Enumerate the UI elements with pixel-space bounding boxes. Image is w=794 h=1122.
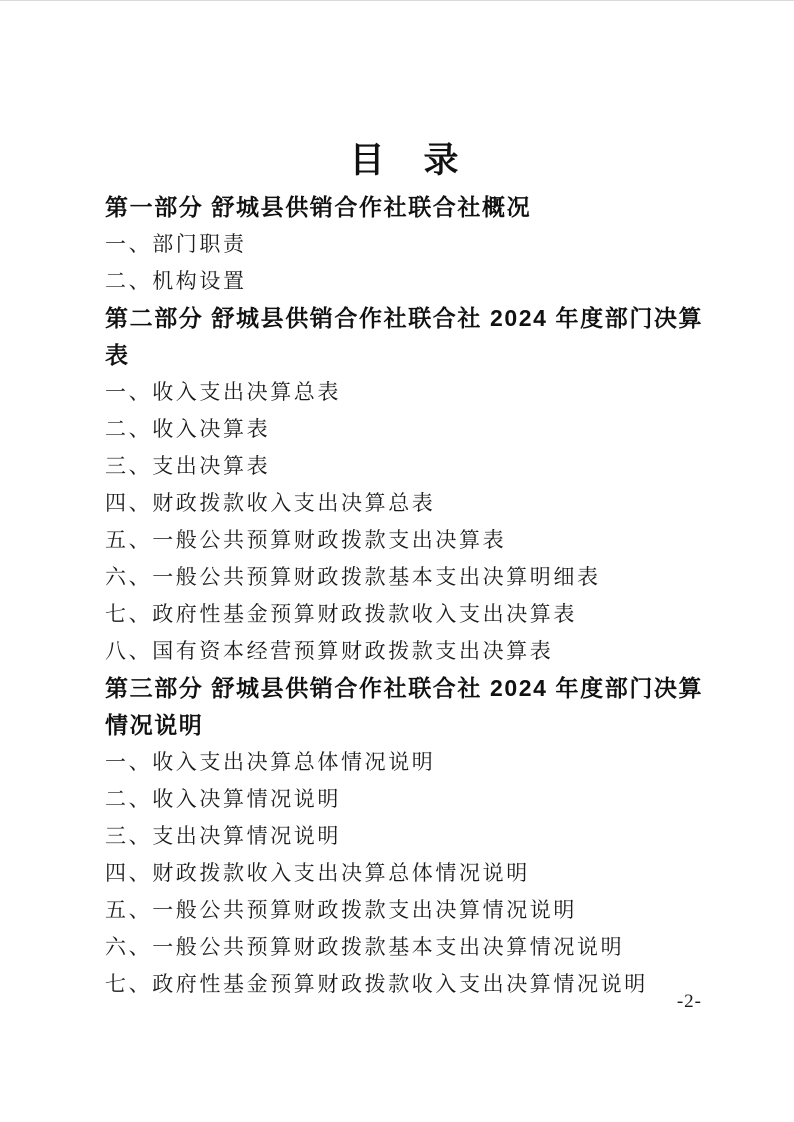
document-page: 目 录 第一部分 舒城县供销合作社联合社概况 一、部门职责 二、机构设置 第二部… — [0, 0, 794, 1122]
toc-entry: 六、一般公共预算财政拨款基本支出决算明细表 — [105, 559, 705, 596]
toc-entry: 二、收入决算情况说明 — [105, 781, 705, 818]
toc-entry: 五、一般公共预算财政拨款支出决算表 — [105, 522, 705, 559]
toc-entry: 一、收入支出决算总表 — [105, 374, 705, 411]
toc-entry: 四、财政拨款收入支出决算总体情况说明 — [105, 855, 705, 892]
toc-entry: 一、收入支出决算总体情况说明 — [105, 744, 705, 781]
section-2-heading: 第二部分 舒城县供销合作社联合社 2024 年度部门决算 — [105, 300, 705, 337]
toc-entry: 二、收入决算表 — [105, 411, 705, 448]
toc-entry: 五、一般公共预算财政拨款支出决算情况说明 — [105, 892, 705, 929]
toc-entry: 七、政府性基金预算财政拨款收入支出决算情况说明 — [105, 966, 705, 1003]
toc-entry: 二、机构设置 — [105, 263, 705, 300]
table-of-contents: 目 录 第一部分 舒城县供销合作社联合社概况 一、部门职责 二、机构设置 第二部… — [105, 135, 705, 1003]
toc-title: 目 录 — [105, 135, 705, 187]
toc-entry: 四、财政拨款收入支出决算总表 — [105, 485, 705, 522]
section-1-heading: 第一部分 舒城县供销合作社联合社概况 — [105, 189, 705, 226]
page-number: -2- — [677, 991, 702, 1013]
section-2-heading-continuation: 表 — [105, 337, 705, 374]
toc-entry: 三、支出决算情况说明 — [105, 818, 705, 855]
section-3-heading-continuation: 情况说明 — [105, 707, 705, 744]
toc-entry: 七、政府性基金预算财政拨款收入支出决算表 — [105, 596, 705, 633]
toc-entry: 六、一般公共预算财政拨款基本支出决算情况说明 — [105, 929, 705, 966]
toc-entry: 三、支出决算表 — [105, 448, 705, 485]
toc-entry: 一、部门职责 — [105, 226, 705, 263]
section-3-heading: 第三部分 舒城县供销合作社联合社 2024 年度部门决算 — [105, 670, 705, 707]
toc-entry: 八、国有资本经营预算财政拨款支出决算表 — [105, 633, 705, 670]
